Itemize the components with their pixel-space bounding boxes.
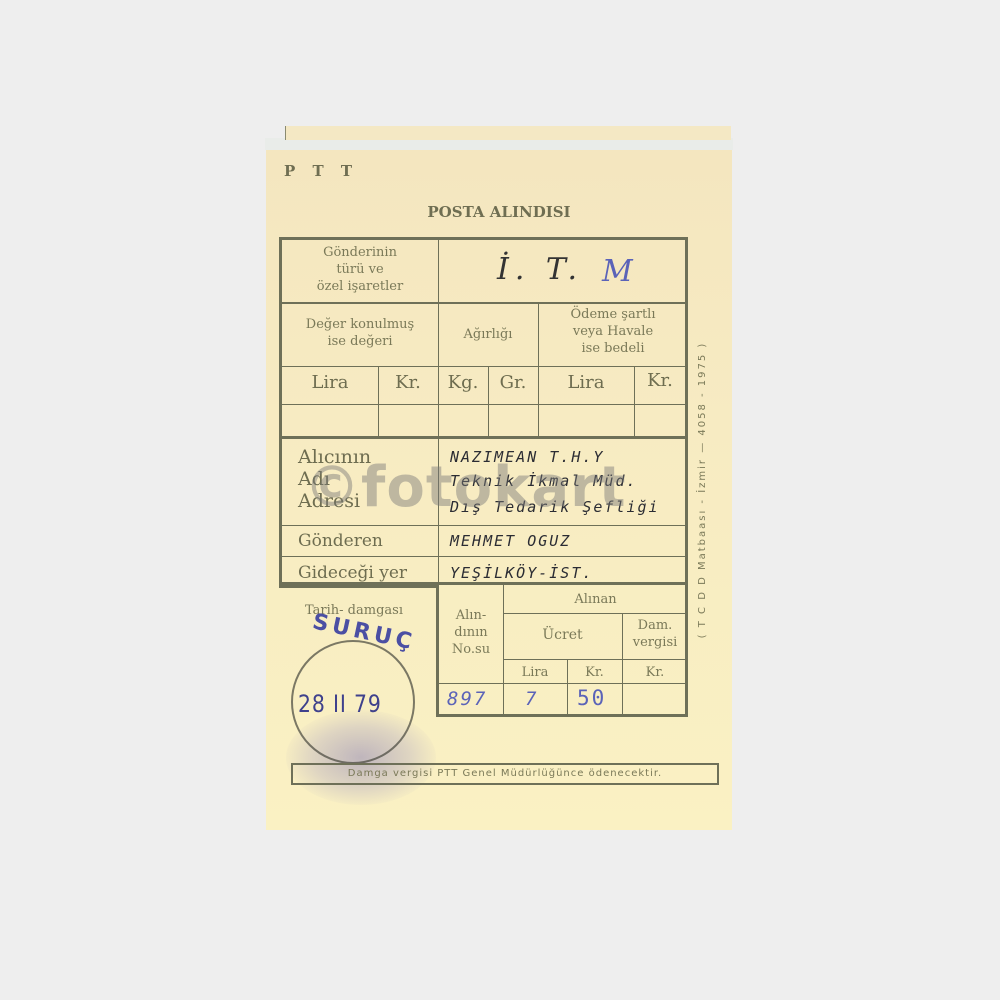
label-line: Gönderinin bbox=[282, 244, 438, 261]
label-line: özel işaretler bbox=[282, 278, 438, 295]
label-line: No.su bbox=[439, 641, 503, 658]
sender-value: MEHMET OGUZ bbox=[450, 532, 571, 550]
item-type-label: Gönderinin türü ve özel işaretler bbox=[282, 244, 438, 295]
label-line: Alın- bbox=[439, 607, 503, 624]
fee-kr-value: 50 bbox=[577, 686, 606, 710]
stamp-tax-label: Dam. vergisi bbox=[622, 617, 688, 651]
subheader-kg: Kg. bbox=[438, 374, 488, 391]
label-line: türü ve bbox=[282, 261, 438, 278]
fee-lira-value: 7 bbox=[525, 688, 538, 710]
divider bbox=[439, 683, 688, 684]
label-line: ise bedeli bbox=[538, 340, 688, 357]
watermark: ©fotokart bbox=[304, 455, 627, 520]
divider bbox=[279, 585, 439, 588]
destination-value: YEŞİLKÖY-İST. bbox=[450, 564, 593, 582]
receipt-fee-table: Alın- dının No.su Alınan Ücret Dam. verg… bbox=[436, 585, 688, 717]
item-type-value: İ. T. bbox=[497, 252, 583, 287]
divider bbox=[282, 302, 685, 304]
label-line: dının bbox=[439, 624, 503, 641]
divider bbox=[282, 404, 685, 405]
divider bbox=[282, 525, 685, 526]
receipt-no-label: Alın- dının No.su bbox=[439, 607, 503, 658]
attached-stub-edge bbox=[285, 126, 731, 140]
fee-lira-label: Lira bbox=[503, 664, 567, 681]
destination-label: Gideceği yer bbox=[298, 562, 407, 584]
printer-note: ( T C D D Matbaası - İzmir — 4058 - 1975… bbox=[697, 280, 717, 700]
subheader-lira: Lira bbox=[538, 374, 634, 391]
label-line: Dam. bbox=[622, 617, 688, 634]
fee-kr-label: Kr. bbox=[567, 664, 622, 681]
issuer-mark: P T T bbox=[284, 162, 358, 180]
subheader-gr: Gr. bbox=[488, 374, 538, 391]
receipt-no-value: 897 bbox=[447, 688, 487, 710]
fee-label: Ücret bbox=[503, 627, 622, 644]
receipt-form-table: Gönderinin türü ve özel işaretler İ. T. … bbox=[279, 237, 688, 585]
label-line: vergisi bbox=[622, 634, 688, 651]
weight-label: Ağırlığı bbox=[438, 326, 538, 343]
divider bbox=[282, 366, 685, 367]
label-line: ise değeri bbox=[282, 333, 438, 350]
document-title: POSTA ALINDISI bbox=[266, 203, 732, 221]
subheader-kr: Kr. bbox=[378, 374, 438, 391]
subheader-lira: Lira bbox=[282, 374, 378, 391]
sender-label: Gönderen bbox=[298, 530, 383, 552]
declared-value-label: Değer konulmuş ise değeri bbox=[282, 316, 438, 350]
divider bbox=[503, 613, 688, 614]
item-type-value-blue: M bbox=[602, 254, 639, 289]
tax-kr-label: Kr. bbox=[622, 664, 688, 681]
footer-note: Damga vergisi PTT Genel Müdürlüğünce öde… bbox=[291, 763, 719, 785]
postmark-date: 28 II 79 bbox=[298, 690, 382, 718]
divider bbox=[282, 556, 685, 557]
label-line: veya Havale bbox=[538, 323, 688, 340]
label-line: Değer konulmuş bbox=[282, 316, 438, 333]
received-label: Alınan bbox=[503, 591, 688, 608]
label-line: Ödeme şartlı bbox=[538, 306, 688, 323]
divider bbox=[503, 659, 688, 660]
divider bbox=[438, 240, 439, 585]
divider bbox=[282, 436, 685, 439]
postal-receipt: P T T POSTA ALINDISI Gönderinin türü ve … bbox=[266, 150, 732, 830]
cod-label: Ödeme şartlı veya Havale ise bedeli bbox=[538, 306, 688, 357]
date-stamp-label: Tarih- damgası bbox=[279, 602, 429, 619]
subheader-kr: Kr. bbox=[634, 372, 686, 389]
